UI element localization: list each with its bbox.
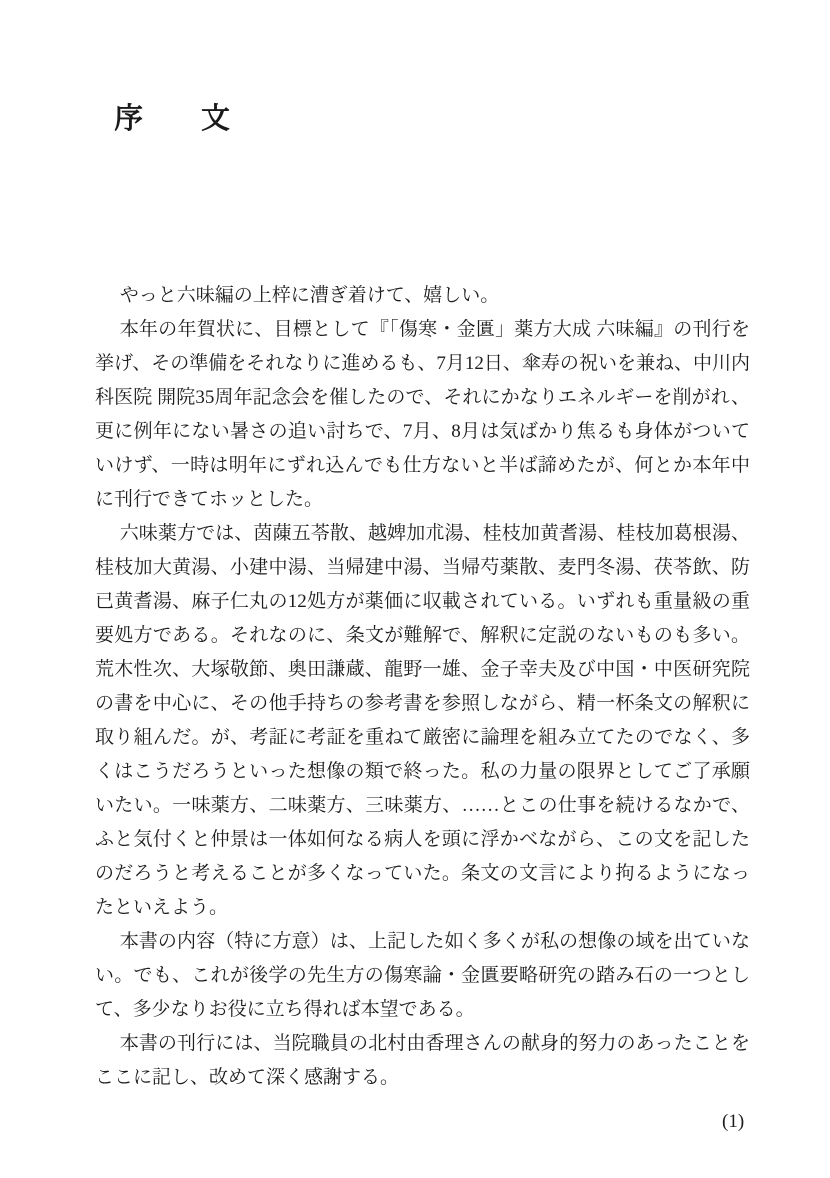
preface-body: やっと六味編の上梓に漕ぎ着けて、嬉しい。 本年の年賀状に、目標として『「傷寒・金…	[95, 279, 750, 1095]
paragraph-2: 本年の年賀状に、目標として『「傷寒・金匱」薬方大成 六味編』の刊行を挙げ、その準…	[95, 313, 750, 517]
page-title: 序 文	[114, 99, 245, 139]
paragraph-3: 六味薬方では、茵蔯五苓散、越婢加朮湯、桂枝加黄耆湯、桂枝加葛根湯、桂枝加大黄湯、…	[95, 517, 750, 925]
paragraph-4: 本書の内容（特に方意）は、上記した如く多くが私の想像の域を出ていない。でも、これ…	[95, 925, 750, 1027]
page-number: (1)	[722, 1108, 744, 1136]
paragraph-1: やっと六味編の上梓に漕ぎ着けて、嬉しい。	[95, 279, 750, 313]
document-page: 序 文 やっと六味編の上梓に漕ぎ着けて、嬉しい。 本年の年賀状に、目標として『「…	[0, 0, 830, 1178]
paragraph-5: 本書の刊行には、当院職員の北村由香理さんの献身的努力のあったことをここに記し、改…	[95, 1027, 750, 1095]
